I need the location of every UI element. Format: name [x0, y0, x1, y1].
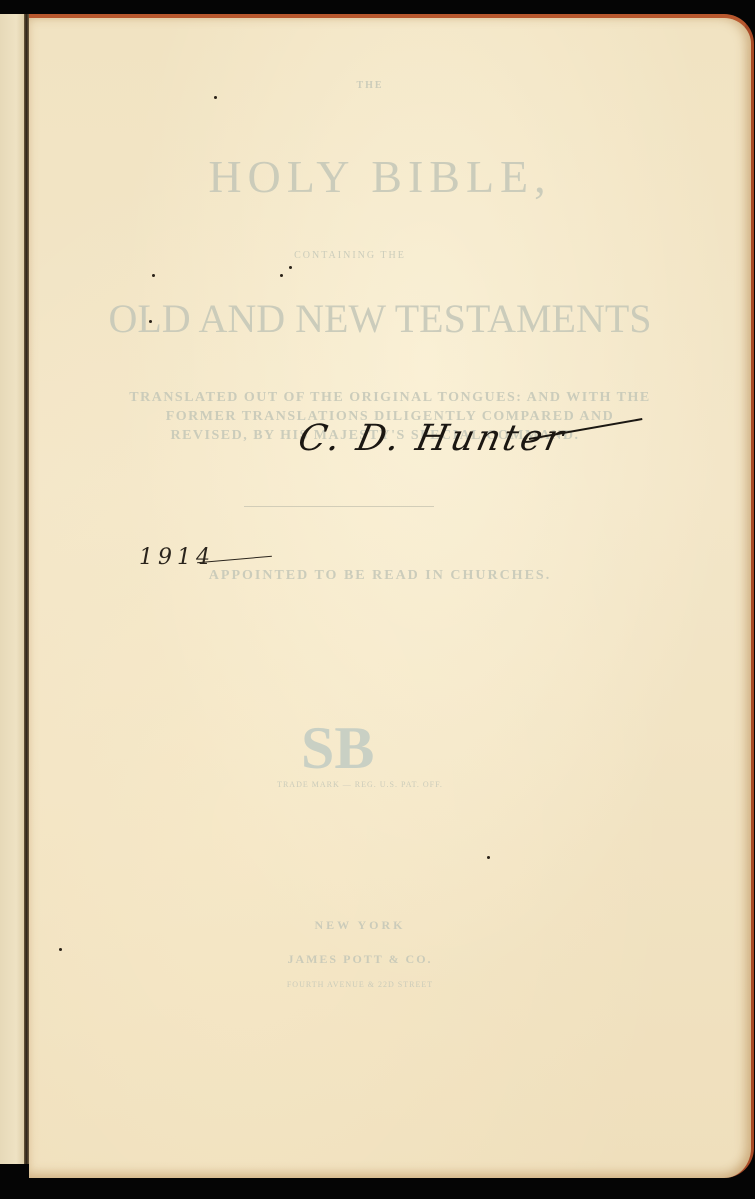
imprint-city: NEW YORK — [0, 918, 721, 933]
imprint-publisher: JAMES POTT & CO. — [0, 952, 721, 967]
title-containing: CONTAINING THE — [0, 250, 711, 261]
translation-line-1: TRANSLATED OUT OF THE ORIGINAL TONGUES: … — [29, 390, 751, 406]
title-testaments: OLD AND NEW TESTAMENTS — [19, 295, 741, 342]
title-article: THE — [9, 80, 731, 91]
ink-speck — [214, 96, 217, 99]
title-page: THE HOLY BIBLE, CONTAINING THE OLD AND N… — [29, 14, 754, 1178]
handwritten-year: 1914 — [139, 545, 215, 570]
ink-speck — [152, 274, 155, 277]
publisher-logo-icon: SB — [301, 718, 361, 778]
ink-speck — [149, 320, 152, 323]
ink-speck — [487, 856, 490, 859]
trademark-line: TRADE MARK — REG. U.S. PAT. OFF. — [0, 780, 721, 789]
title-main: HOLY BIBLE, — [19, 150, 741, 203]
ink-speck — [59, 948, 62, 951]
ink-speck — [289, 266, 292, 269]
ink-speck — [280, 274, 283, 277]
appointed-line: APPOINTED TO BE READ IN CHURCHES. — [19, 568, 741, 584]
divider-rule — [244, 506, 434, 507]
imprint-address: FOURTH AVENUE & 22D STREET — [0, 980, 721, 989]
